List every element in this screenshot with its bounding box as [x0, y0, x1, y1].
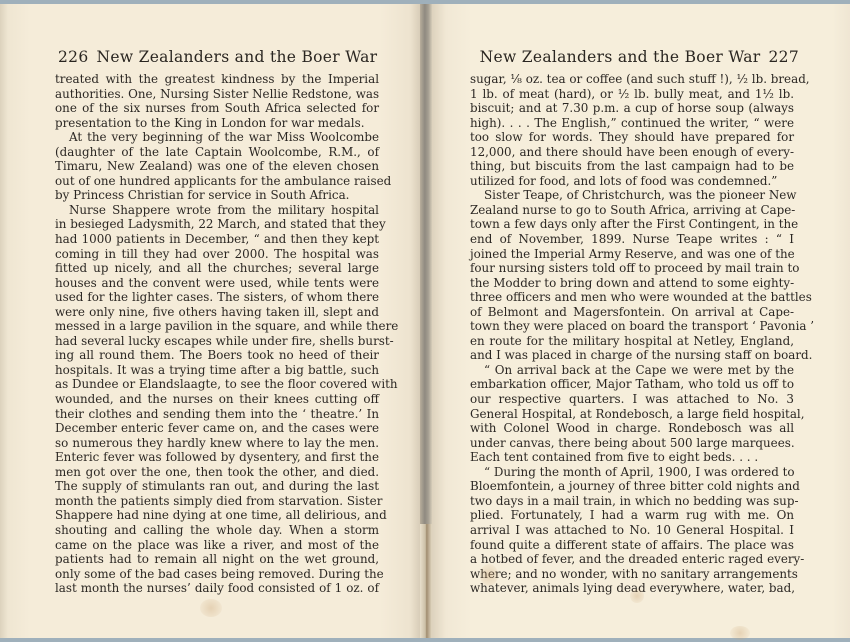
right-page: New Zealanders and the Boer War227 sugar… [432, 4, 850, 638]
text-line: only some of the bad cases being removed… [55, 567, 379, 582]
text-line: under canvas, there being about 500 larg… [470, 436, 794, 451]
text-line: came on the place was like a river, and … [55, 538, 379, 553]
text-line: as Dundee or Elandslaagte, to see the fl… [55, 377, 379, 392]
text-line: plied. Fortunately, I had a warm rug wit… [470, 508, 794, 523]
text-line: three officers and men who were wounded … [470, 290, 794, 305]
left-running-head: 226New Zealanders and the Boer War [58, 48, 377, 66]
text-line: houses and the convent were used, while … [55, 276, 379, 291]
text-line: utilized for food, and lots of food was … [470, 174, 794, 189]
left-running-title: New Zealanders and the Boer War [97, 48, 378, 66]
text-line: month the patients simply died from star… [55, 494, 379, 509]
text-line: fitted up nicely, and all the churches; … [55, 261, 379, 276]
text-line: Nurse Shappere wrote from the military h… [55, 203, 379, 218]
text-line: four nursing sisters told off to proceed… [470, 261, 794, 276]
text-line: 12,000, and there should have been enoug… [470, 145, 794, 160]
left-body-text: treated with the greatest kindness by th… [55, 72, 379, 596]
text-line: sugar, ⅛ oz. tea or coffee (and such stu… [470, 72, 794, 87]
text-line: were only nine, five others having taken… [55, 305, 379, 320]
text-line: Sister Teape, of Christchurch, was the p… [470, 188, 794, 203]
text-line: presentation to the King in London for w… [55, 116, 379, 131]
text-line: (daughter of the late Captain Woolcombe,… [55, 145, 379, 160]
text-line: too slow for words. They should have pre… [470, 130, 794, 145]
text-line: men got over the one, then took the othe… [55, 465, 379, 480]
right-running-head: New Zealanders and the Boer War227 [480, 48, 799, 66]
right-body-text: sugar, ⅛ oz. tea or coffee (and such stu… [470, 72, 794, 596]
text-line: hospitals. It was a trying time after a … [55, 363, 379, 378]
text-line: town they were placed on board the trans… [470, 319, 794, 334]
paper-stain [730, 626, 750, 640]
text-line: arrival I was attached to No. 10 General… [470, 523, 794, 538]
right-page-number: 227 [769, 48, 800, 66]
text-line: thing, but biscuits from the last campai… [470, 159, 794, 174]
text-line: At the very beginning of the war Miss Wo… [55, 130, 379, 145]
text-line: a hotbed of fever, and the dreaded enter… [470, 552, 794, 567]
text-line: in besieged Ladysmith, 22 March, and sta… [55, 217, 379, 232]
text-line: General Hospital, at Rondebosch, a large… [470, 407, 794, 422]
text-line: shouting and calling the whole day. When… [55, 523, 379, 538]
paper-stain [630, 589, 644, 603]
text-line: two days in a mail train, in which no be… [470, 494, 794, 509]
paper-stain [200, 599, 222, 617]
text-line: treated with the greatest kindness by th… [55, 72, 379, 87]
text-line: embarkation officer, Major Tatham, who t… [470, 377, 794, 392]
text-line: town a few days only after the First Con… [470, 217, 794, 232]
text-line: wounded, and the nurses on their knees c… [55, 392, 379, 407]
text-line: patients had to remain all night on the … [55, 552, 379, 567]
text-line: ing all round them. The Boers took no he… [55, 348, 379, 363]
text-line: had 1000 patients in December, “ and the… [55, 232, 379, 247]
text-line: 1 lb. of meat (hard), or ½ lb. bully mea… [470, 87, 794, 102]
text-line: found quite a different state of affairs… [470, 538, 794, 553]
text-line: one of the six nurses from South Africa … [55, 101, 379, 116]
text-line: of Belmont and Magersfontein. On arrival… [470, 305, 794, 320]
text-line: December enteric fever came on, and the … [55, 421, 379, 436]
text-line: used for the lighter cases. The sisters,… [55, 290, 379, 305]
text-line: high). . . . The English,” continued the… [470, 116, 794, 131]
text-line: had several lucky escapes while under fi… [55, 334, 379, 349]
text-line: and I was placed in charge of the nursin… [470, 348, 794, 363]
text-line: out of one hundred applicants for the am… [55, 174, 379, 189]
text-line: The supply of stimulants ran out, and du… [55, 479, 379, 494]
text-line: “ During the month of April, 1900, I was… [470, 465, 794, 480]
text-line: Each tent contained from five to eight b… [470, 450, 794, 465]
paper-stain [480, 564, 498, 586]
left-page: 226New Zealanders and the Boer War treat… [0, 4, 420, 638]
left-page-number: 226 [58, 48, 89, 66]
text-line: joined the Imperial Army Reserve, and wa… [470, 247, 794, 262]
text-line: en route for the military hospital at Ne… [470, 334, 794, 349]
text-line: last month the nurses’ daily food consis… [55, 581, 379, 596]
text-line: with Colonel Wood in charge. Rondebosch … [470, 421, 794, 436]
text-line: Bloemfontein, a journey of three bitter … [470, 479, 794, 494]
text-line: their clothes and sending them into the … [55, 407, 379, 422]
text-line: Timaru, New Zealand) was one of the elev… [55, 159, 379, 174]
text-line: “ On arrival back at the Cape we were me… [470, 363, 794, 378]
text-line: end of November, 1899. Nurse Teape write… [470, 232, 794, 247]
text-line: where; and no wonder, with no sanitary a… [470, 567, 794, 582]
text-line: coming in till they had over 2000. The h… [55, 247, 379, 262]
text-line: the Modder to bring down and attend to s… [470, 276, 794, 291]
right-running-title: New Zealanders and the Boer War [480, 48, 761, 66]
text-line: our respective quarters. I was attached … [470, 392, 794, 407]
text-line: Enteric fever was followed by dysentery,… [55, 450, 379, 465]
text-line: authorities. One, Nursing Sister Nellie … [55, 87, 379, 102]
text-line: so numerous they hardly knew where to la… [55, 436, 379, 451]
text-line: Shappere had nine dying at one time, all… [55, 508, 379, 523]
text-line: Zealand nurse to go to South Africa, arr… [470, 203, 794, 218]
text-line: by Princess Christian for service in Sou… [55, 188, 379, 203]
text-line: biscuit; and at 7.30 p.m. a cup of horse… [470, 101, 794, 116]
gutter-crease [420, 524, 432, 638]
book-spread: 226New Zealanders and the Boer War treat… [0, 4, 850, 638]
text-line: messed in a large pavilion in the square… [55, 319, 379, 334]
